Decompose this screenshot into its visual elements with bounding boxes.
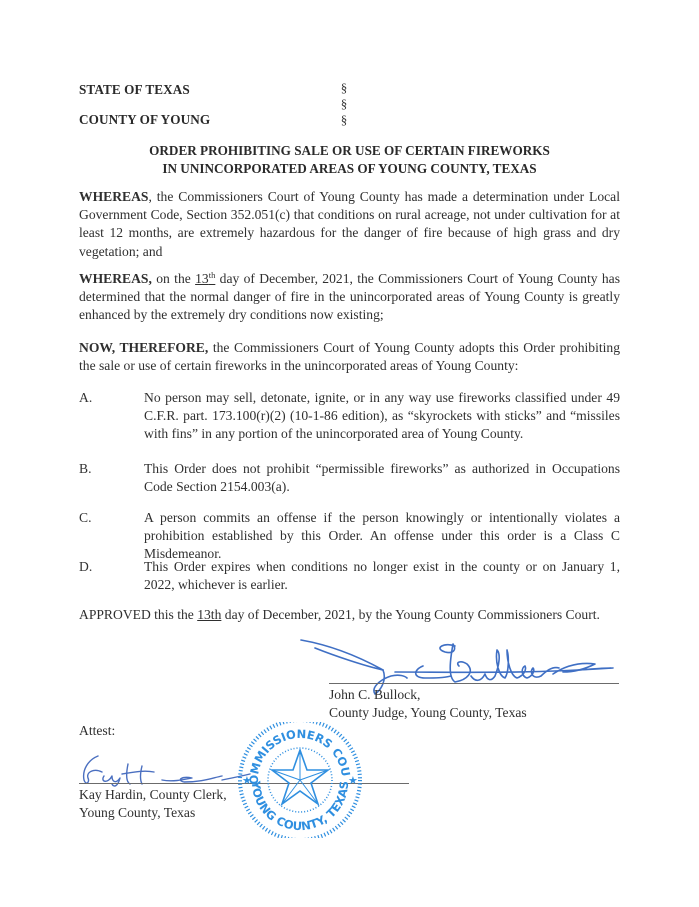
item-letter-c: C. [79,509,91,527]
seal-star-left-icon: ★ [242,774,252,787]
county-label: COUNTY OF YOUNG [79,112,210,128]
approved-pre: APPROVED this the [79,607,197,622]
section-symbol: § [334,97,354,111]
item-text-c: A person commits an offense if the perso… [144,509,620,564]
clerk-name: Kay Hardin, County Clerk, [79,786,227,804]
item-text-a: No person may sell, detonate, ignite, or… [144,389,620,444]
approved-post: day of December, 2021, by the Young Coun… [221,607,600,622]
approved-statement: APPROVED this the 13th day of December, … [79,606,620,624]
county-seal: COMMISSIONERS COURT YOUNG COUNTY, TEXAS … [232,722,368,838]
whereas-pre: on the [152,271,195,286]
item-text-d: This Order expires when conditions no lo… [144,558,620,594]
whereas-lead: WHEREAS [79,189,149,204]
item-letter-a: A. [79,389,92,407]
section-symbol: § [334,113,354,127]
judge-name: John C. Bullock, [329,686,420,704]
approved-day: 13th [197,607,221,622]
order-title-line2: IN UNINCORPORATED AREAS OF YOUNG COUNTY,… [0,160,699,178]
seal-star-right-icon: ★ [348,774,358,787]
order-title-line1: ORDER PROHIBITING SALE OR USE OF CERTAIN… [0,142,699,160]
now-therefore-paragraph: NOW, THEREFORE, the Commissioners Court … [79,339,620,375]
item-letter-d: D. [79,558,92,576]
section-symbol: § [334,81,354,95]
day-number: 13 [195,271,209,286]
seal-bottom-text: YOUNG COUNTY, TEXAS [249,780,351,834]
whereas-lead: WHEREAS, [79,271,152,286]
now-therefore-lead: NOW, THEREFORE, [79,340,208,355]
item-text-b: This Order does not prohibit “permissibl… [144,460,620,496]
seal-bottom-textpath: YOUNG COUNTY, TEXAS [249,780,351,834]
whereas-text: , the Commissioners Court of Young Count… [79,189,620,259]
whereas-paragraph-1: WHEREAS, the Commissioners Court of Youn… [79,188,620,261]
attest-label: Attest: [79,722,115,740]
judge-signature-line [329,683,619,684]
item-letter-b: B. [79,460,91,478]
whereas-day: 13th [195,271,215,286]
judge-title: County Judge, Young County, Texas [329,704,527,722]
clerk-title: Young County, Texas [79,804,195,822]
whereas-paragraph-2: WHEREAS, on the 13th day of December, 20… [79,270,620,325]
state-label: STATE OF TEXAS [79,82,190,98]
